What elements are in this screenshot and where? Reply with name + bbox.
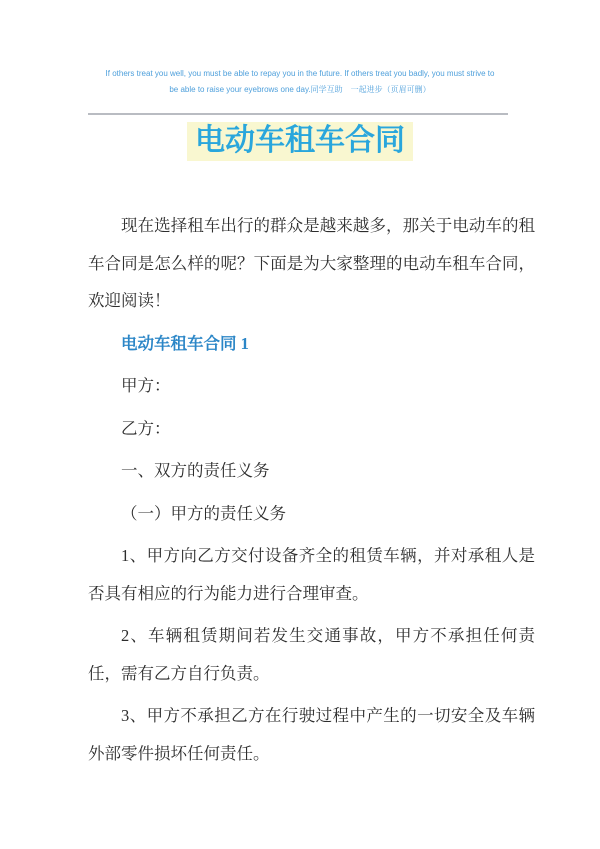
intro-paragraph: 现在选择租车出行的群众是越来越多，那关于电动车的租车合同是怎么样的呢？下面是为大… (88, 207, 535, 320)
document-title: 电动车租车合同 (187, 122, 413, 161)
document-page: If others treat you well, you must be ab… (0, 0, 600, 849)
header-line-1: If others treat you well, you must be ab… (70, 66, 530, 82)
header-line-2: be able to raise your eyebrows one day.同… (70, 82, 530, 98)
party-a-line: 甲方： (88, 367, 535, 405)
clause-1: 1、甲方向乙方交付设备齐全的租赁车辆，并对承租人是否具有相应的行为能力进行合理审… (88, 537, 535, 612)
header-divider (88, 113, 508, 115)
clause-2: 2、车辆租赁期间若发生交通事故，甲方不承担任何责任，需有乙方自行负责。 (88, 617, 535, 692)
section-subtitle: 电动车租车合同 1 (88, 325, 535, 363)
section-heading-1: 一、双方的责任义务 (88, 452, 535, 490)
party-b-line: 乙方： (88, 410, 535, 448)
page-header: If others treat you well, you must be ab… (70, 66, 530, 98)
document-body: 现在选择租车出行的群众是越来越多，那关于电动车的租车合同是怎么样的呢？下面是为大… (88, 207, 535, 772)
clause-3: 3、甲方不承担乙方在行驶过程中产生的一切安全及车辆外部零件损坏任何责任。 (88, 697, 535, 772)
subsection-heading-1: （一）甲方的责任义务 (88, 495, 535, 533)
title-row: 电动车租车合同 (0, 122, 600, 161)
